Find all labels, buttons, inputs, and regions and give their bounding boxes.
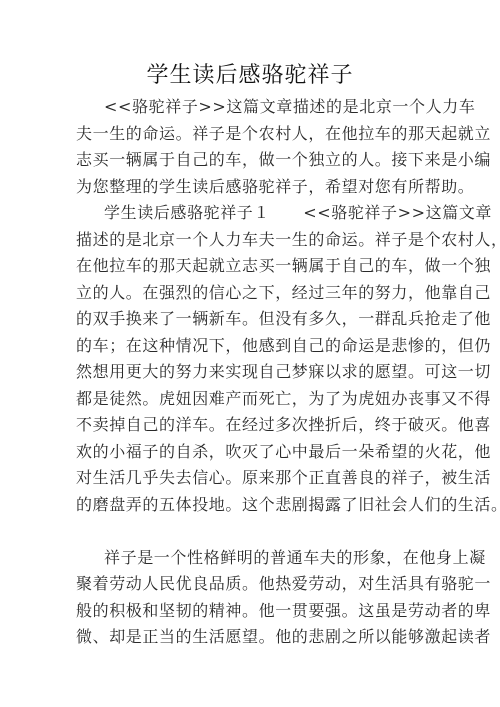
paragraph-line: 描述的是北京一个人力车夫一生的命运。祥子是个农村人， — [76, 227, 416, 253]
paragraph-line: 学生读后感骆驼祥子１ <<骆驼祥子>>这篇文章 — [104, 200, 444, 226]
paragraph-line: 夫一生的命运。祥子是个农村人，在他拉车的那天起就立 — [76, 121, 416, 147]
paragraph-line: 对生活几乎失去信心。原来那个正直善良的祥子，被生活 — [76, 465, 416, 491]
paragraph-line: <<骆驼祥子>>这篇文章描述的是北京一个人力车 — [104, 94, 444, 120]
paragraph-line: 的车；在这种情况下，他感到自己的命运是悲惨的，但仍 — [76, 333, 416, 359]
paragraph-line: 志买一辆属于自己的车，做一个独立的人。接下来是小编 — [76, 147, 416, 173]
paragraph-line: 在他拉车的那天起就立志买一辆属于自己的车，做一个独 — [76, 253, 416, 279]
paragraph-line: 微、却是正当的生活愿望。他的悲剧之所以能够激起读者 — [76, 624, 416, 650]
paragraph-line: 祥子是一个性格鲜明的普通车夫的形象，在他身上凝 — [104, 545, 444, 571]
paragraph-line: 聚着劳动人民优良品质。他热爱劳动，对生活具有骆驼一 — [76, 571, 416, 597]
paragraph-line: 不卖掉自己的洋车。在经过多次挫折后，终于破灭。他喜 — [76, 412, 416, 438]
document-title: 学生读后感骆驼祥子 — [0, 58, 500, 89]
paragraph-line: 都是徒然。虎妞因难产而死亡，为了为虎妞办丧事又不得 — [76, 386, 416, 412]
paragraph-line: 立的人。在强烈的信心之下，经过三年的努力，他靠自己 — [76, 280, 416, 306]
paragraph-line: 然想用更大的努力来实现自己梦寐以求的愿望。可这一切 — [76, 359, 416, 385]
paragraph-line: 的磨盘弄的五体投地。这个悲剧揭露了旧社会人们的生活。 — [76, 492, 416, 518]
paragraph-line: 的双手换来了一辆新车。但没有多久，一群乱兵抢走了他 — [76, 306, 416, 332]
paragraph-line: 为您整理的学生读后感骆驼祥子，希望对您有所帮助。 — [76, 174, 416, 200]
paragraph-line: 欢的小福子的自杀，吹灭了心中最后一朵希望的火花，他 — [76, 439, 416, 465]
paragraph-line: 般的积极和坚韧的精神。他一贯要强。这虽是劳动者的卑 — [76, 598, 416, 624]
